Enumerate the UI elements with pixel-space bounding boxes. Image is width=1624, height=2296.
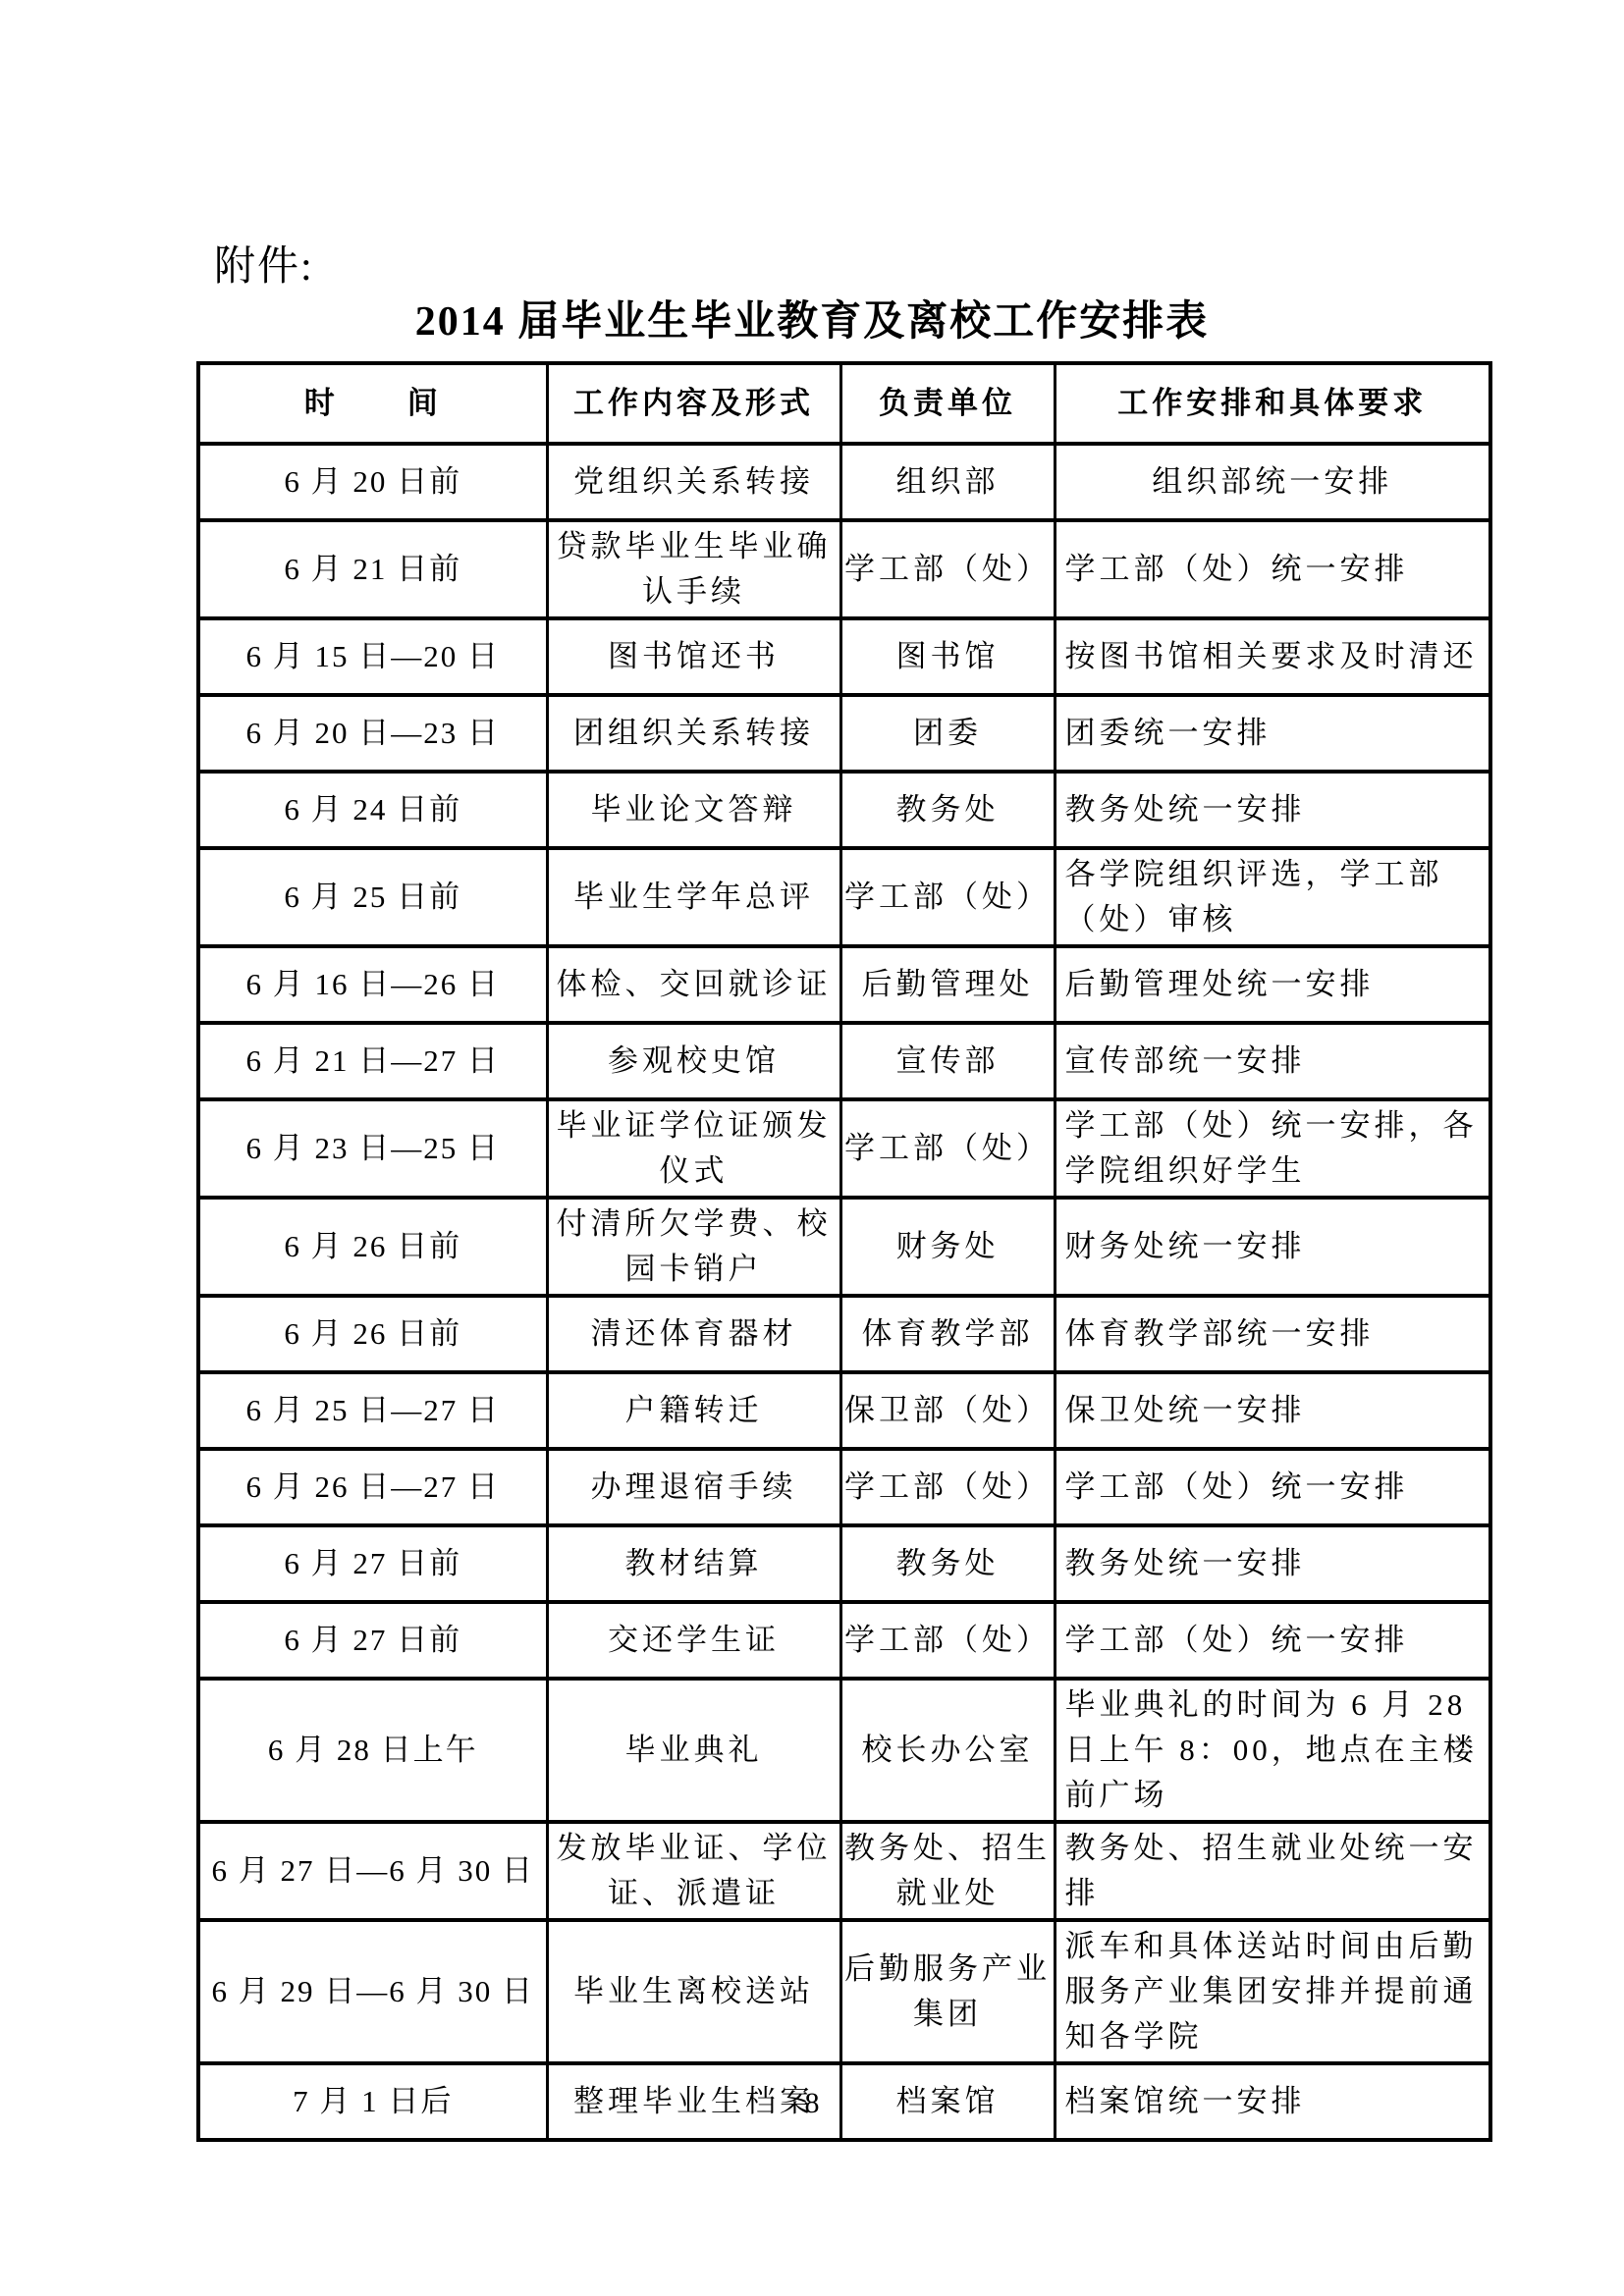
page-number: 8 (0, 2087, 1624, 2120)
cell-time: 6 月 25 日—27 日 (198, 1372, 547, 1449)
cell-requirement: 各学院组织评选，学工部（处）审核 (1055, 848, 1490, 946)
cell-time: 6 月 16 日—26 日 (198, 946, 547, 1023)
table-row: 6 月 25 日—27 日 户籍转迁 保卫部（处） 保卫处统一安排 (198, 1372, 1490, 1449)
table-row: 6 月 24 日前 毕业论文答辩 教务处 教务处统一安排 (198, 772, 1490, 848)
cell-time: 6 月 26 日前 (198, 1198, 547, 1296)
header-row: 时 间 工作内容及形式 负责单位 工作安排和具体要求 (198, 363, 1490, 444)
cell-unit: 后勤管理处 (840, 946, 1055, 1023)
table-row: 6 月 28 日上午 毕业典礼 校长办公室 毕业典礼的时间为 6 月 28 日上… (198, 1679, 1490, 1822)
cell-time: 6 月 20 日前 (198, 444, 547, 520)
column-header-requirement: 工作安排和具体要求 (1055, 363, 1490, 444)
table-row: 6 月 29 日—6 月 30 日 毕业生离校送站 后勤服务产业集团 派车和具体… (198, 1920, 1490, 2063)
cell-time: 6 月 27 日前 (198, 1525, 547, 1602)
cell-requirement: 学工部（处）统一安排 (1055, 1602, 1490, 1679)
cell-content: 交还学生证 (547, 1602, 840, 1679)
cell-requirement: 派车和具体送站时间由后勤服务产业集团安排并提前通知各学院 (1055, 1920, 1490, 2063)
table-row: 6 月 23 日—25 日 毕业证学位证颁发仪式 学工部（处） 学工部（处）统一… (198, 1099, 1490, 1198)
column-header-time: 时 间 (198, 363, 547, 444)
cell-content: 毕业论文答辩 (547, 772, 840, 848)
cell-time: 6 月 27 日—6 月 30 日 (198, 1822, 547, 1920)
cell-requirement: 组织部统一安排 (1055, 444, 1490, 520)
schedule-table: 时 间 工作内容及形式 负责单位 工作安排和具体要求 6 月 20 日前 党组织… (196, 361, 1492, 2142)
cell-requirement: 财务处统一安排 (1055, 1198, 1490, 1296)
cell-unit: 学工部（处） (840, 1449, 1055, 1525)
cell-unit: 组织部 (840, 444, 1055, 520)
cell-time: 6 月 21 日—27 日 (198, 1023, 547, 1099)
cell-time: 6 月 23 日—25 日 (198, 1099, 547, 1198)
cell-requirement: 学工部（处）统一安排，各学院组织好学生 (1055, 1099, 1490, 1198)
cell-requirement: 后勤管理处统一安排 (1055, 946, 1490, 1023)
cell-time: 6 月 21 日前 (198, 520, 547, 618)
cell-requirement: 体育教学部统一安排 (1055, 1296, 1490, 1372)
cell-unit: 宣传部 (840, 1023, 1055, 1099)
cell-requirement: 教务处统一安排 (1055, 772, 1490, 848)
cell-time: 6 月 26 日前 (198, 1296, 547, 1372)
cell-requirement: 按图书馆相关要求及时清还 (1055, 618, 1490, 695)
document-page: 附件: 2014 届毕业生毕业教育及离校工作安排表 时 间 工作内容及形式 负责… (0, 0, 1624, 2296)
cell-time: 6 月 20 日—23 日 (198, 695, 547, 772)
cell-unit: 财务处 (840, 1198, 1055, 1296)
table-row: 6 月 27 日前 教材结算 教务处 教务处统一安排 (198, 1525, 1490, 1602)
cell-content: 户籍转迁 (547, 1372, 840, 1449)
cell-time: 6 月 15 日—20 日 (198, 618, 547, 695)
cell-content: 贷款毕业生毕业确认手续 (547, 520, 840, 618)
cell-content: 清还体育器材 (547, 1296, 840, 1372)
cell-content: 付清所欠学费、校园卡销户 (547, 1198, 840, 1296)
cell-content: 教材结算 (547, 1525, 840, 1602)
cell-time: 6 月 29 日—6 月 30 日 (198, 1920, 547, 2063)
column-header-unit: 负责单位 (840, 363, 1055, 444)
cell-content: 图书馆还书 (547, 618, 840, 695)
cell-unit: 学工部（处） (840, 1099, 1055, 1198)
table-row: 6 月 26 日—27 日 办理退宿手续 学工部（处） 学工部（处）统一安排 (198, 1449, 1490, 1525)
cell-content: 党组织关系转接 (547, 444, 840, 520)
cell-time: 6 月 26 日—27 日 (198, 1449, 547, 1525)
cell-content: 办理退宿手续 (547, 1449, 840, 1525)
cell-content: 毕业典礼 (547, 1679, 840, 1822)
cell-unit: 后勤服务产业集团 (840, 1920, 1055, 2063)
cell-unit: 教务处 (840, 1525, 1055, 1602)
cell-unit: 教务处、招生就业处 (840, 1822, 1055, 1920)
cell-content: 团组织关系转接 (547, 695, 840, 772)
table-row: 6 月 16 日—26 日 体检、交回就诊证 后勤管理处 后勤管理处统一安排 (198, 946, 1490, 1023)
cell-content: 毕业生离校送站 (547, 1920, 840, 2063)
table-row: 6 月 20 日—23 日 团组织关系转接 团委 团委统一安排 (198, 695, 1490, 772)
table-row: 6 月 26 日前 付清所欠学费、校园卡销户 财务处 财务处统一安排 (198, 1198, 1490, 1296)
cell-content: 毕业生学年总评 (547, 848, 840, 946)
cell-content: 毕业证学位证颁发仪式 (547, 1099, 840, 1198)
cell-unit: 校长办公室 (840, 1679, 1055, 1822)
cell-unit: 教务处 (840, 772, 1055, 848)
cell-requirement: 毕业典礼的时间为 6 月 28 日上午 8：00，地点在主楼前广场 (1055, 1679, 1490, 1822)
column-header-content: 工作内容及形式 (547, 363, 840, 444)
cell-unit: 学工部（处） (840, 1602, 1055, 1679)
table-row: 6 月 20 日前 党组织关系转接 组织部 组织部统一安排 (198, 444, 1490, 520)
attachment-label: 附件: (214, 234, 314, 293)
cell-requirement: 教务处统一安排 (1055, 1525, 1490, 1602)
cell-requirement: 学工部（处）统一安排 (1055, 1449, 1490, 1525)
cell-requirement: 宣传部统一安排 (1055, 1023, 1490, 1099)
cell-requirement: 保卫处统一安排 (1055, 1372, 1490, 1449)
table-row: 6 月 21 日—27 日 参观校史馆 宣传部 宣传部统一安排 (198, 1023, 1490, 1099)
cell-content: 体检、交回就诊证 (547, 946, 840, 1023)
table-row: 6 月 27 日—6 月 30 日 发放毕业证、学位证、派遣证 教务处、招生就业… (198, 1822, 1490, 1920)
table-row: 6 月 26 日前 清还体育器材 体育教学部 体育教学部统一安排 (198, 1296, 1490, 1372)
cell-unit: 学工部（处） (840, 520, 1055, 618)
cell-time: 6 月 25 日前 (198, 848, 547, 946)
cell-time: 6 月 27 日前 (198, 1602, 547, 1679)
table-row: 6 月 21 日前 贷款毕业生毕业确认手续 学工部（处） 学工部（处）统一安排 (198, 520, 1490, 618)
cell-unit: 图书馆 (840, 618, 1055, 695)
cell-time: 6 月 24 日前 (198, 772, 547, 848)
cell-requirement: 教务处、招生就业处统一安排 (1055, 1822, 1490, 1920)
cell-requirement: 团委统一安排 (1055, 695, 1490, 772)
page-title: 2014 届毕业生毕业教育及离校工作安排表 (0, 289, 1624, 347)
cell-requirement: 学工部（处）统一安排 (1055, 520, 1490, 618)
cell-unit: 保卫部（处） (840, 1372, 1055, 1449)
table-row: 6 月 25 日前 毕业生学年总评 学工部（处） 各学院组织评选，学工部（处）审… (198, 848, 1490, 946)
cell-unit: 团委 (840, 695, 1055, 772)
table-row: 6 月 15 日—20 日 图书馆还书 图书馆 按图书馆相关要求及时清还 (198, 618, 1490, 695)
cell-time: 6 月 28 日上午 (198, 1679, 547, 1822)
cell-unit: 体育教学部 (840, 1296, 1055, 1372)
cell-content: 发放毕业证、学位证、派遣证 (547, 1822, 840, 1920)
cell-content: 参观校史馆 (547, 1023, 840, 1099)
table-row: 6 月 27 日前 交还学生证 学工部（处） 学工部（处）统一安排 (198, 1602, 1490, 1679)
cell-unit: 学工部（处） (840, 848, 1055, 946)
